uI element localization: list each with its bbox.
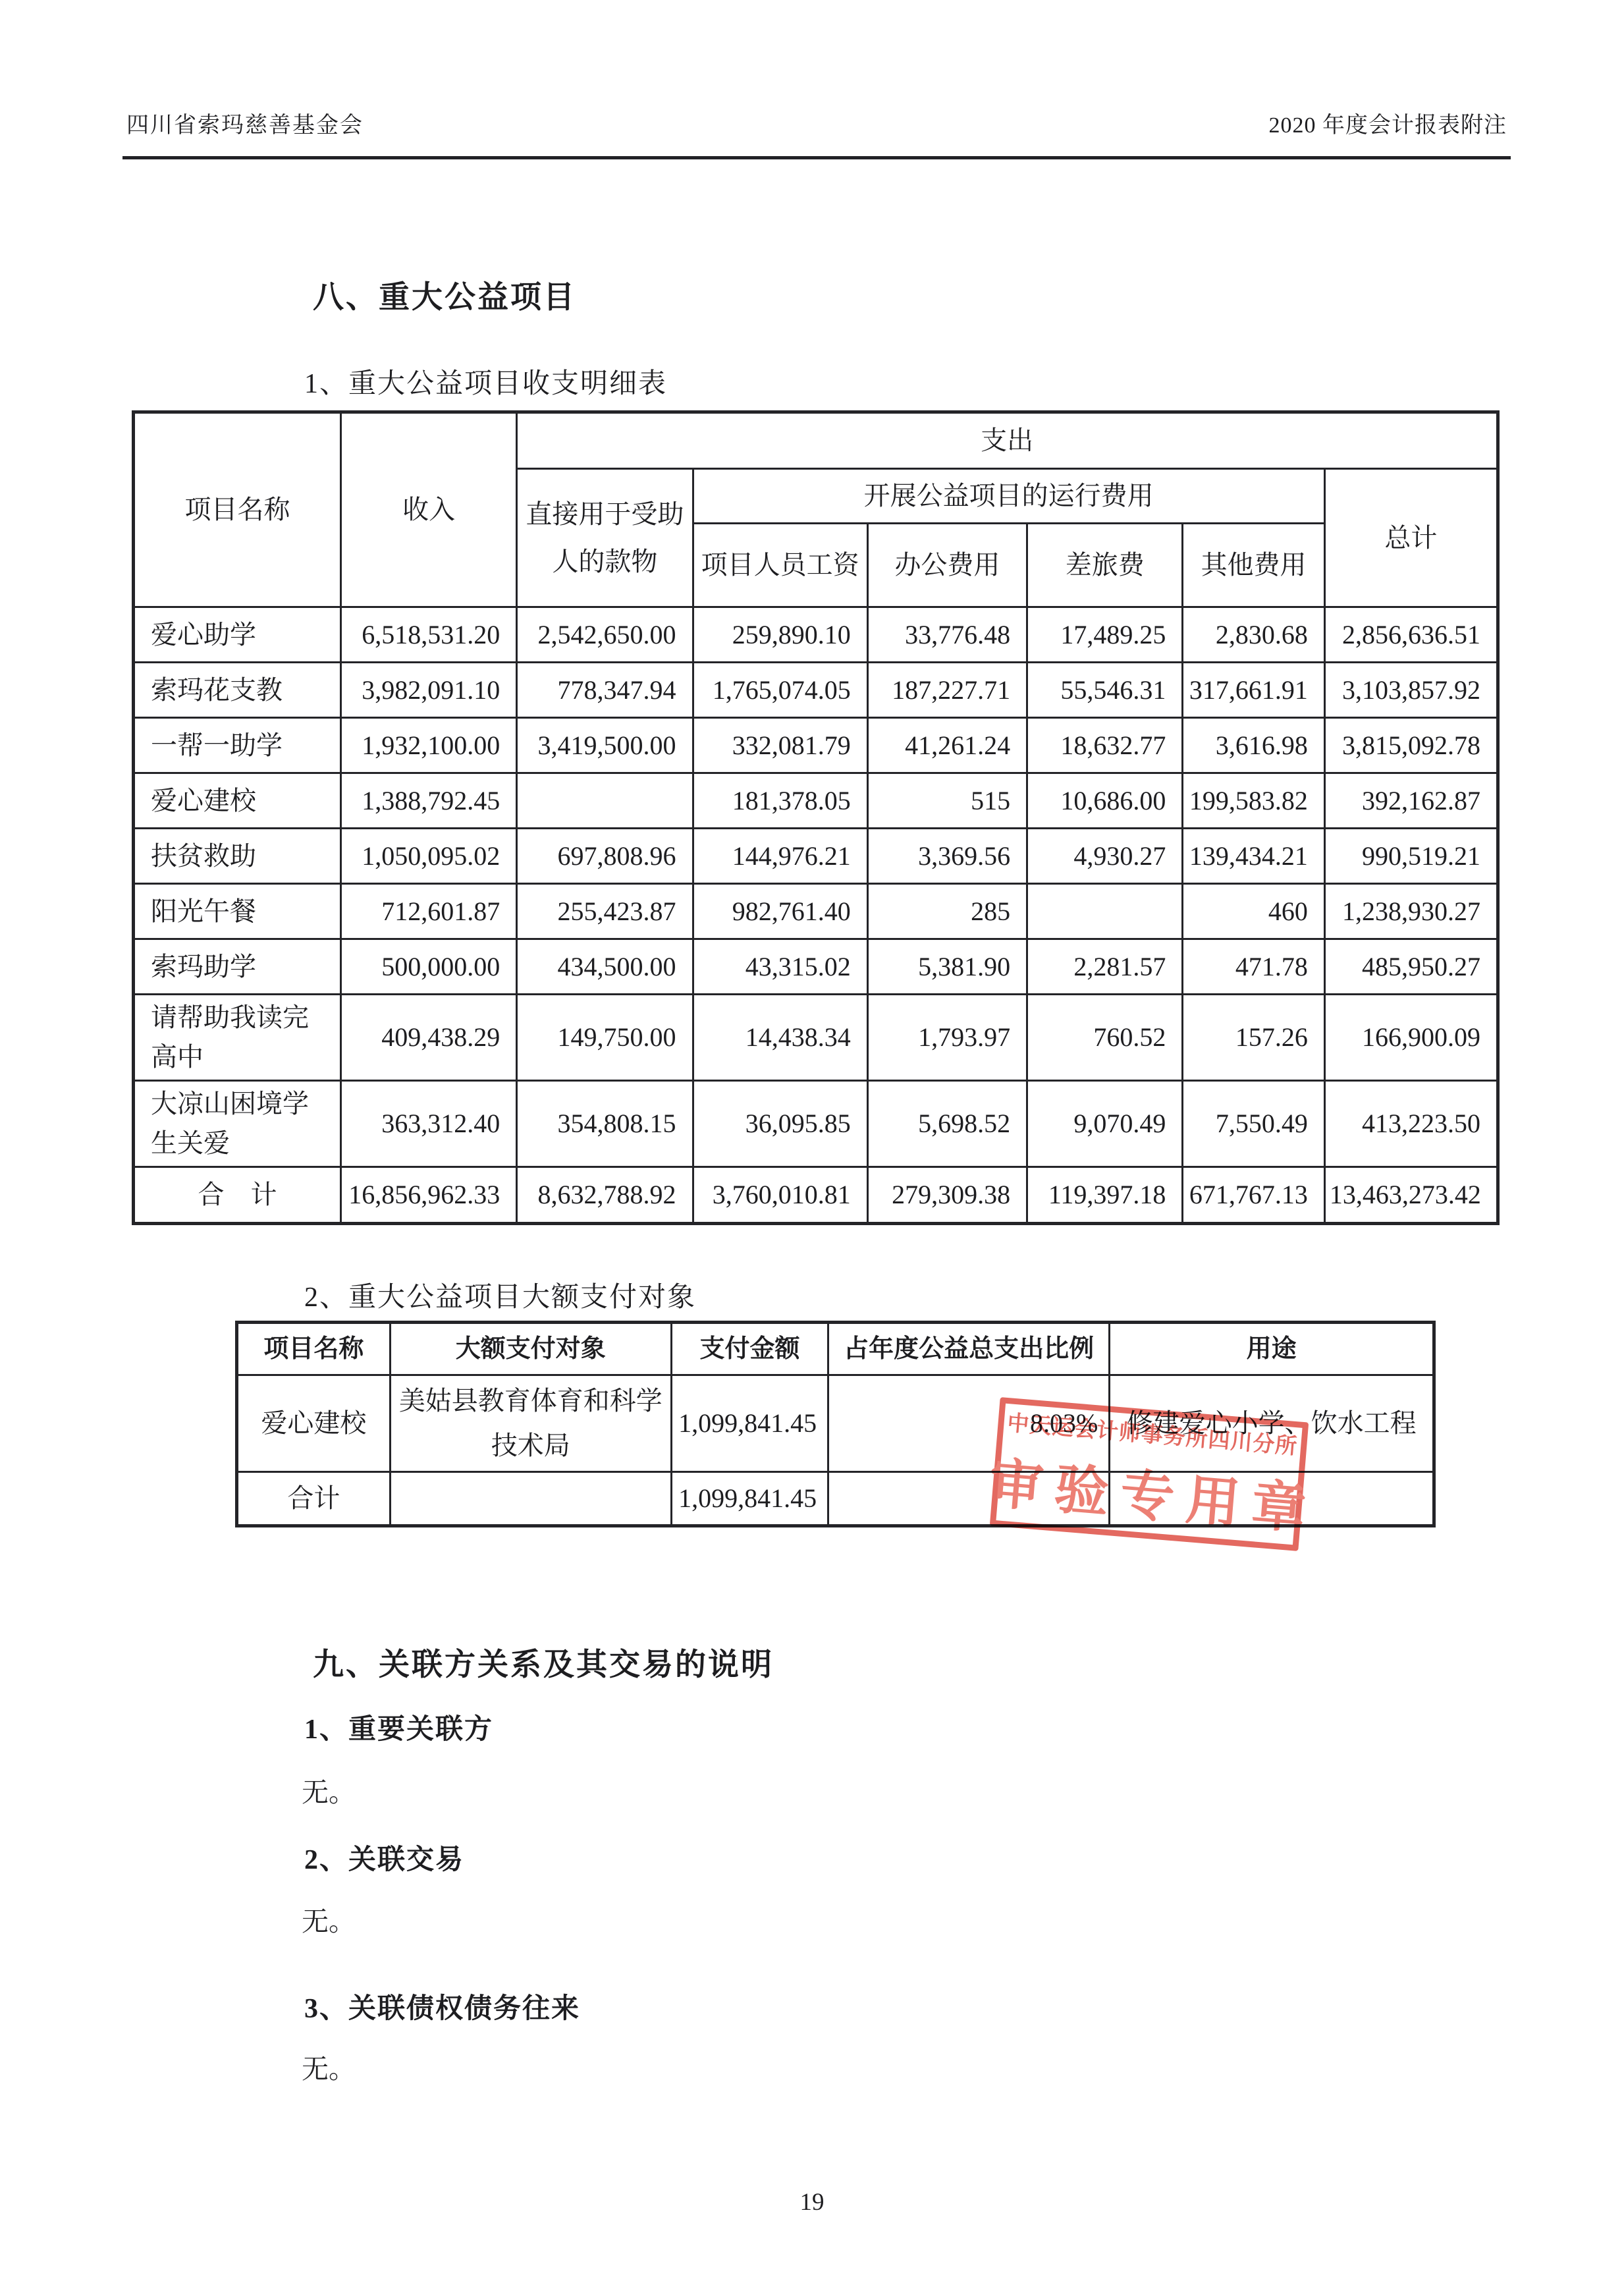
section-9-item-1-label: 1、重要关联方 bbox=[304, 1707, 493, 1747]
t1-total-cell: 119,397.18 bbox=[1027, 1167, 1183, 1224]
t1-cell: 3,103,857.92 bbox=[1324, 663, 1498, 718]
t1-cell: 3,369.56 bbox=[867, 829, 1027, 884]
t1-total-cell: 13,463,273.42 bbox=[1324, 1167, 1498, 1224]
t1-cell: 1,932,100.00 bbox=[340, 718, 516, 773]
t1-row-name: 索玛助学 bbox=[134, 939, 341, 995]
table-row: 索玛助学 500,000.00 434,500.00 43,315.02 5,3… bbox=[134, 939, 1498, 995]
t1-cell: 14,438.34 bbox=[693, 995, 867, 1081]
header-rule bbox=[122, 156, 1511, 159]
document-page: 四川省索玛慈善基金会 2020 年度会计报表附注 八、重大公益项目 1、重大公益… bbox=[0, 0, 1624, 2281]
t1-cell: 778,347.94 bbox=[517, 663, 693, 718]
t1-cell: 982,761.40 bbox=[693, 884, 867, 939]
t1-cell: 157.26 bbox=[1183, 995, 1324, 1081]
t1-header-project-name: 项目名称 bbox=[134, 412, 341, 607]
t1-total-label: 合 计 bbox=[134, 1167, 341, 1224]
section-8-heading: 八、重大公益项目 bbox=[313, 273, 576, 317]
t2-header-amount: 支付金额 bbox=[671, 1323, 828, 1375]
t1-cell: 149,750.00 bbox=[517, 995, 693, 1081]
t1-cell: 2,542,650.00 bbox=[517, 607, 693, 663]
section-9-item-1-content: 无。 bbox=[302, 1771, 356, 1809]
header-org-name: 四川省索玛慈善基金会 bbox=[126, 107, 364, 139]
t1-row-name: 爱心助学 bbox=[134, 607, 341, 663]
t1-cell: 259,890.10 bbox=[693, 607, 867, 663]
header-doc-title: 2020 年度会计报表附注 bbox=[1269, 107, 1507, 139]
t1-cell: 471.78 bbox=[1183, 939, 1324, 995]
section-9-item-2-content: 无。 bbox=[302, 1900, 356, 1938]
t1-cell: 515 bbox=[867, 773, 1027, 829]
table-row: 请帮助我读完高中 409,438.29 149,750.00 14,438.34… bbox=[134, 995, 1498, 1081]
section-9-item-3-content: 无。 bbox=[302, 2047, 356, 2086]
t1-cell: 5,698.52 bbox=[867, 1081, 1027, 1167]
t1-total-cell: 8,632,788.92 bbox=[517, 1167, 693, 1224]
t1-cell: 2,830.68 bbox=[1183, 607, 1324, 663]
t1-cell: 4,930.27 bbox=[1027, 829, 1183, 884]
t1-cell: 1,238,930.27 bbox=[1324, 884, 1498, 939]
table2-subtitle: 2、重大公益项目大额支付对象 bbox=[304, 1275, 696, 1315]
t1-total-cell: 3,760,010.81 bbox=[693, 1167, 867, 1224]
t1-cell: 3,419,500.00 bbox=[517, 718, 693, 773]
t1-header-travel-expense: 差旅费 bbox=[1027, 524, 1183, 607]
t2-cell: 美姑县教育体育和科学技术局 bbox=[390, 1375, 671, 1472]
t1-cell: 1,765,074.05 bbox=[693, 663, 867, 718]
t1-cell: 18,632.77 bbox=[1027, 718, 1183, 773]
table1-subtitle: 1、重大公益项目收支明细表 bbox=[304, 362, 667, 401]
t1-cell: 43,315.02 bbox=[693, 939, 867, 995]
t1-row-name: 大凉山困境学生关爱 bbox=[134, 1081, 341, 1167]
t1-cell: 3,616.98 bbox=[1183, 718, 1324, 773]
t1-cell: 33,776.48 bbox=[867, 607, 1027, 663]
t1-cell: 354,808.15 bbox=[517, 1081, 693, 1167]
t1-cell: 332,081.79 bbox=[693, 718, 867, 773]
t1-cell: 199,583.82 bbox=[1183, 773, 1324, 829]
audit-stamp: 中天运会计师事务所四川分所 审验专用章 bbox=[990, 1397, 1309, 1551]
table-row: 扶贫救助 1,050,095.02 697,808.96 144,976.21 … bbox=[134, 829, 1498, 884]
t2-header-purpose: 用途 bbox=[1110, 1323, 1434, 1375]
t1-total-cell: 279,309.38 bbox=[867, 1167, 1027, 1224]
table-total-row: 合 计 16,856,962.33 8,632,788.92 3,760,010… bbox=[134, 1167, 1498, 1224]
t1-cell: 187,227.71 bbox=[867, 663, 1027, 718]
table-row: 索玛花支教 3,982,091.10 778,347.94 1,765,074.… bbox=[134, 663, 1498, 718]
table-row: 爱心建校 1,388,792.45 181,378.05 515 10,686.… bbox=[134, 773, 1498, 829]
t2-cell: 1,099,841.45 bbox=[671, 1375, 828, 1472]
t1-cell: 1,388,792.45 bbox=[340, 773, 516, 829]
t1-cell: 285 bbox=[867, 884, 1027, 939]
t2-cell: 爱心建校 bbox=[237, 1375, 391, 1472]
t1-cell: 1,793.97 bbox=[867, 995, 1027, 1081]
t2-total-label: 合计 bbox=[237, 1472, 391, 1526]
table-row: 阳光午餐 712,601.87 255,423.87 982,761.40 28… bbox=[134, 884, 1498, 939]
t1-header-operating-cost: 开展公益项目的运行费用 bbox=[693, 469, 1324, 524]
t1-cell: 139,434.21 bbox=[1183, 829, 1324, 884]
t1-cell: 1,050,095.02 bbox=[340, 829, 516, 884]
t2-header-payee: 大额支付对象 bbox=[390, 1323, 671, 1375]
t1-cell: 5,381.90 bbox=[867, 939, 1027, 995]
t1-cell: 166,900.09 bbox=[1324, 995, 1498, 1081]
t1-cell: 363,312.40 bbox=[340, 1081, 516, 1167]
t1-cell: 255,423.87 bbox=[517, 884, 693, 939]
t1-cell: 712,601.87 bbox=[340, 884, 516, 939]
t1-cell: 409,438.29 bbox=[340, 995, 516, 1081]
t1-row-name: 阳光午餐 bbox=[134, 884, 341, 939]
t1-cell: 181,378.05 bbox=[693, 773, 867, 829]
t1-row-name: 爱心建校 bbox=[134, 773, 341, 829]
t1-cell: 6,518,531.20 bbox=[340, 607, 516, 663]
t1-row-name: 一帮一助学 bbox=[134, 718, 341, 773]
t1-cell: 36,095.85 bbox=[693, 1081, 867, 1167]
t1-cell: 10,686.00 bbox=[1027, 773, 1183, 829]
t1-cell: 2,856,636.51 bbox=[1324, 607, 1498, 663]
t1-cell: 3,815,092.78 bbox=[1324, 718, 1498, 773]
t1-cell: 760.52 bbox=[1027, 995, 1183, 1081]
major-projects-income-expense-table: 项目名称 收入 支出 直接用于受助人的款物 开展公益项目的运行费用 总计 项目人… bbox=[132, 410, 1500, 1225]
t1-cell: 7,550.49 bbox=[1183, 1081, 1324, 1167]
t1-row-name: 扶贫救助 bbox=[134, 829, 341, 884]
t1-cell: 317,661.91 bbox=[1183, 663, 1324, 718]
section-9-item-3-label: 3、关联债权债务往来 bbox=[304, 1987, 580, 2026]
t1-cell: 413,223.50 bbox=[1324, 1081, 1498, 1167]
t1-cell: 460 bbox=[1183, 884, 1324, 939]
t2-header-project-name: 项目名称 bbox=[237, 1323, 391, 1375]
t1-header-staff-salary: 项目人员工资 bbox=[693, 524, 867, 607]
t1-cell: 17,489.25 bbox=[1027, 607, 1183, 663]
t1-header-grand-total: 总计 bbox=[1324, 469, 1498, 607]
t1-cell: 697,808.96 bbox=[517, 829, 693, 884]
t1-cell: 3,982,091.10 bbox=[340, 663, 516, 718]
page-number: 19 bbox=[0, 2188, 1624, 2216]
t1-row-name: 请帮助我读完高中 bbox=[134, 995, 341, 1081]
t1-cell: 2,281.57 bbox=[1027, 939, 1183, 995]
section-9-item-2-label: 2、关联交易 bbox=[304, 1838, 464, 1877]
t1-total-cell: 671,767.13 bbox=[1183, 1167, 1324, 1224]
t1-header-expense: 支出 bbox=[517, 412, 1498, 469]
t1-header-other-expense: 其他费用 bbox=[1183, 524, 1324, 607]
t1-header-direct-aid: 直接用于受助人的款物 bbox=[517, 469, 693, 607]
table-row: 爱心助学 6,518,531.20 2,542,650.00 259,890.1… bbox=[134, 607, 1498, 663]
t1-cell: 144,976.21 bbox=[693, 829, 867, 884]
t1-cell: 990,519.21 bbox=[1324, 829, 1498, 884]
t1-cell: 392,162.87 bbox=[1324, 773, 1498, 829]
t1-header-office-expense: 办公费用 bbox=[867, 524, 1027, 607]
t1-cell: 485,950.27 bbox=[1324, 939, 1498, 995]
section-9-heading: 九、关联方关系及其交易的说明 bbox=[313, 1640, 774, 1684]
t2-header-ratio: 占年度公益总支出比例 bbox=[828, 1323, 1110, 1375]
t2-cell bbox=[390, 1472, 671, 1526]
t1-cell: 9,070.49 bbox=[1027, 1081, 1183, 1167]
t1-cell bbox=[517, 773, 693, 829]
t1-cell: 500,000.00 bbox=[340, 939, 516, 995]
t1-row-name: 索玛花支教 bbox=[134, 663, 341, 718]
t1-cell bbox=[1027, 884, 1183, 939]
table-row: 大凉山困境学生关爱 363,312.40 354,808.15 36,095.8… bbox=[134, 1081, 1498, 1167]
t2-cell: 1,099,841.45 bbox=[671, 1472, 828, 1526]
t1-cell: 434,500.00 bbox=[517, 939, 693, 995]
t1-header-income: 收入 bbox=[340, 412, 516, 607]
t1-cell: 55,546.31 bbox=[1027, 663, 1183, 718]
t1-cell: 41,261.24 bbox=[867, 718, 1027, 773]
t1-total-cell: 16,856,962.33 bbox=[340, 1167, 516, 1224]
table-row: 一帮一助学 1,932,100.00 3,419,500.00 332,081.… bbox=[134, 718, 1498, 773]
